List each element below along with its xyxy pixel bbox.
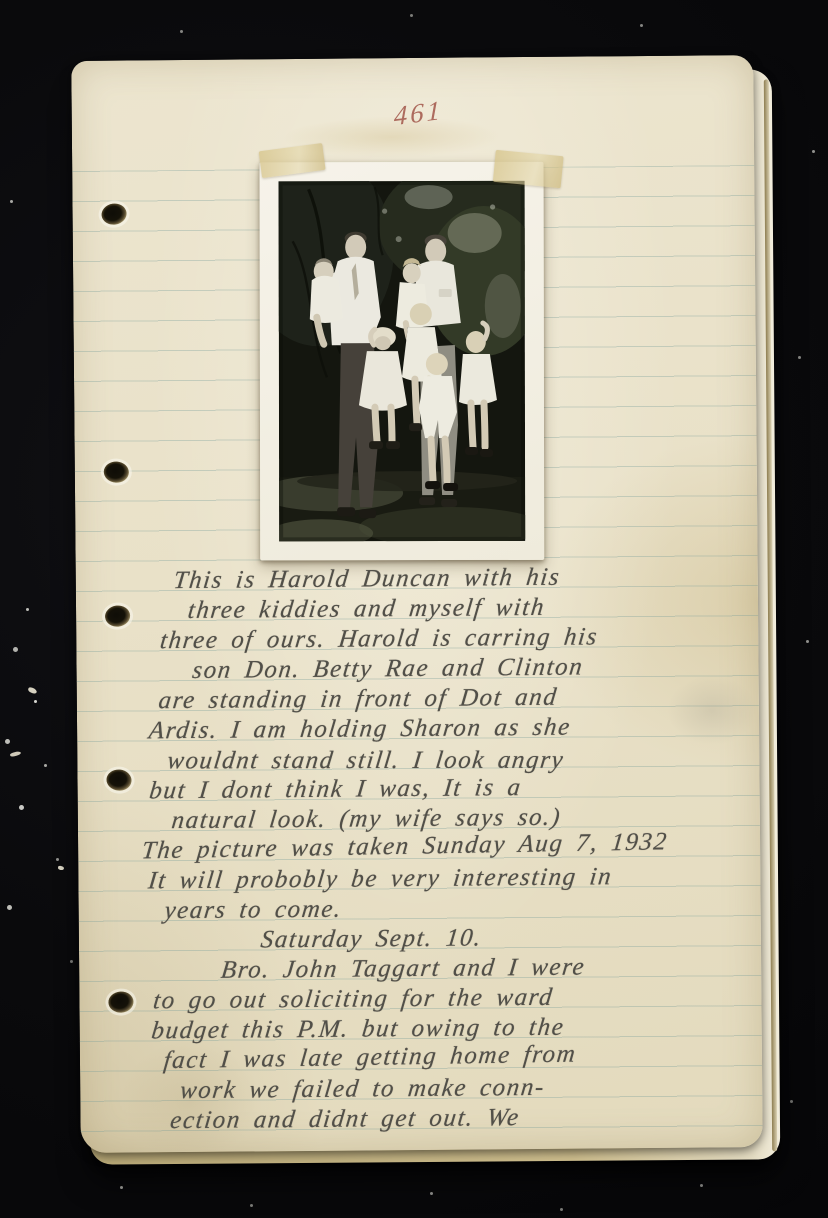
dust-specks (0, 0, 3, 3)
journal-entry-1: This is Harold Duncan with histhree kidd… (138, 561, 777, 927)
journal-page: 461 (71, 55, 763, 1153)
journal-line: Ardis. I am holding Sharon as she (139, 711, 778, 747)
paper-crumb (10, 751, 22, 758)
paper-crumb (58, 866, 64, 871)
tape-strip (493, 150, 564, 188)
journal-line: ection and didnt get out. We (143, 1101, 782, 1137)
paper-crumb (27, 686, 37, 694)
journal-entry-2: Saturday Sept. 10.Bro. John Taggart and … (141, 921, 779, 1137)
page-number: 461 (394, 95, 443, 133)
family-photograph (260, 162, 545, 560)
photo-image (279, 181, 526, 541)
scanner-background: 461 (0, 0, 828, 1218)
